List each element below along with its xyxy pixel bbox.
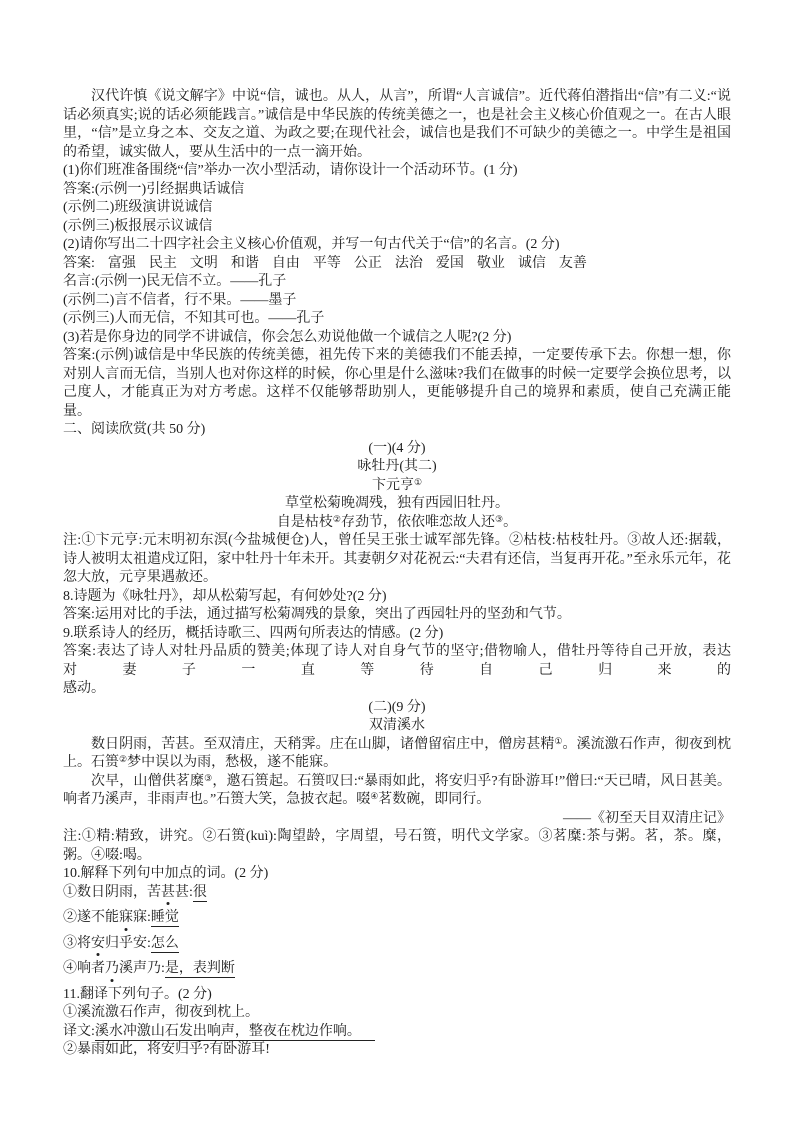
text-segment: ④响者 [63, 961, 105, 976]
emphasized-char: 乃 [105, 960, 119, 979]
question-10-item-1: ①数日阴雨，苦甚甚:很 [63, 884, 731, 903]
text-segment: 茗数碗，即同行。 [378, 792, 490, 807]
core-value: 平等 [313, 256, 341, 271]
question-11-item-1: ①溪流激石作声，彻夜到枕上。 [63, 1004, 731, 1023]
question-10-item-2: ②遂不能寐寐:睡觉 [63, 909, 731, 928]
text-segment: (一)(4 分) [368, 441, 425, 456]
poem-author: 卞元亨① [63, 477, 731, 496]
core-value: 友善 [559, 256, 587, 271]
text-segment: 梦中误以为雨，愁极，遂不能寐。 [127, 755, 337, 770]
answer-8: 答案:运用对比的手法，通过描写松菊凋残的景象，突出了西园牡丹的坚劲和气节。 [63, 606, 731, 625]
core-value: 公正 [354, 256, 382, 271]
answer-label: 答案: [63, 256, 95, 271]
text-segment: 草堂松菊晚凋残，独有西园旧牡丹。 [285, 496, 509, 511]
poem-line-1: 草堂松菊晚凋残，独有西园旧牡丹。 [63, 495, 731, 514]
translation-1: 译文:溪水冲激山石发出响声，整夜在枕边作响。 [63, 1023, 731, 1042]
core-value: 民主 [149, 256, 177, 271]
text-segment: 答案:(示例一)引经据典话诚信 [63, 182, 244, 197]
text-segment: 9.联系诗人的经历，概括诗歌三、四两句所表达的情感。(2 分) [63, 626, 443, 641]
passage-source: ——《初至天目双清庄记》 [63, 810, 731, 829]
passage-paragraph-2: 次早，山僧供茗糜③，邀石篑起。石篑叹曰:“暴雨如此，将安归乎?有卧游耳!”僧曰:… [63, 773, 731, 810]
text-segment: 答案:(示例)诚信是中华民族的传统美德，祖先传下来的美德我们不能丢掉，一定要传承… [63, 348, 731, 419]
text-segment: ③将 [63, 936, 91, 951]
text-segment: 8.诗题为《咏牡丹》，却从松菊写起，有何妙处?(2 分) [63, 589, 387, 604]
passage-paragraph-1: 数日阴雨，苦甚。至双清庄，天稍霁。庄在山脚，诸僧留宿庄中，僧房甚精①。溪流激石作… [63, 736, 731, 773]
answer-1-example-2: (示例二)班级演讲说诚信 [63, 199, 731, 218]
text-segment: 双清溪水 [369, 718, 425, 733]
core-value: 自由 [272, 256, 300, 271]
question-3: (3)若是你身边的同学不讲诚信，你会怎么劝说他做一个诚信之人呢?(2 分) [63, 329, 731, 348]
question-2: (2)请你写出二十四字社会主义核心价值观，并写一句古代关于“信”的名言。(2 分… [63, 236, 731, 255]
poem-notes: 注:①卞元亨:元末明初东溟(今盐城便仓)人，曾任吴王张士诚军部先锋。②枯枝:枯枝… [63, 532, 731, 588]
text-segment: (3)若是你身边的同学不讲诚信，你会怎么劝说他做一个诚信之人呢?(2 分) [63, 330, 511, 345]
text-segment: 感动。 [63, 681, 105, 696]
text-segment: (示例二)班级演讲说诚信 [63, 200, 212, 215]
text-segment: 译文: [63, 1024, 95, 1039]
underlined-answer: 睡觉 [151, 910, 179, 927]
answer-2-quote-2: (示例二)言不信者，行不果。——墨子 [63, 292, 731, 311]
text-segment: 对妻子一直等待自己归来的 [63, 663, 731, 678]
answer-2-quote-1: 名言:(示例一)民无信不立。——孔子 [63, 273, 731, 292]
text-segment: 10.解释下列句中加点的词。(2 分) [63, 866, 268, 881]
answer-1-example-1: 答案:(示例一)引经据典话诚信 [63, 181, 731, 200]
underlined-answer: 很 [193, 885, 207, 902]
core-value: 文明 [190, 256, 218, 271]
text-segment: (示例三)人而无信，不知其可也。——孔子 [63, 311, 324, 326]
part-2-heading: (二)(9 分) [63, 699, 731, 718]
passage-notes: 注:①精:精致，讲究。②石篑(kuì):陶望龄，字周望，号石篑，明代文学家。③茗… [63, 828, 731, 865]
superscript-note-ref: ① [414, 477, 422, 487]
text-segment: 卞元亨 [372, 478, 414, 493]
emphasized-char: 安 [91, 935, 105, 954]
question-8: 8.诗题为《咏牡丹》，却从松菊写起，有何妙处?(2 分) [63, 588, 731, 607]
question-10-item-4: ④响者乃溪声乃:是，表判断 [63, 960, 731, 979]
text-segment: 甚: [175, 885, 193, 900]
answer-9-line-1: 答案:表达了诗人对牡丹品质的赞美;体现了诗人对自身气节的坚守;借物喻人，借牡丹等… [63, 643, 731, 662]
poem-title: 咏牡丹(其二) [63, 458, 731, 477]
text-segment: 。 [503, 515, 517, 530]
text-segment: 注:①卞元亨:元末明初东溟(今盐城便仓)人，曾任吴王张士诚军部先锋。②枯枝:枯枝… [63, 533, 731, 585]
text-segment: 答案:表达了诗人对牡丹品质的赞美;体现了诗人对自身气节的坚守;借物喻人，借牡丹等… [63, 644, 731, 659]
question-9: 9.联系诗人的经历，概括诗歌三、四两句所表达的情感。(2 分) [63, 625, 731, 644]
answer-2-core-values: 答案:富强民主文明和谐自由平等公正法治爱国敬业诚信友善 [63, 255, 731, 274]
text-segment: 二、阅读欣赏(共 50 分) [63, 422, 205, 437]
emphasized-char: 甚 [161, 884, 175, 903]
answer-1-example-3: (示例三)板报展示议诚信 [63, 218, 731, 237]
text-segment: (1)你们班准备围绕“信”举办一次小型活动，请你设计一个活动环节。(1 分) [63, 163, 518, 178]
question-11: 11.翻译下列句子。(2 分) [63, 986, 731, 1005]
text-segment: 数日阴雨，苦甚。至双清庄，天稍霁。庄在山脚，诸僧留宿庄中，僧房甚精 [91, 737, 554, 752]
text-segment: 注:①精:精致，讲究。②石篑(kuì):陶望龄，字周望，号石篑，明代文学家。③茗… [63, 829, 731, 863]
core-value: 诚信 [518, 256, 546, 271]
superscript-note-ref: ① [554, 736, 562, 746]
text-segment: ②暴雨如此，将安归乎?有卧游耳! [63, 1042, 270, 1057]
document-content: 汉代许慎《说文解字》中说“信，诚也。从人，从言”，所谓“人言诚信”。近代蒋伯潜指… [63, 88, 731, 1060]
intro-paragraph: 汉代许慎《说文解字》中说“信，诚也。从人，从言”，所谓“人言诚信”。近代蒋伯潜指… [63, 88, 731, 162]
text-segment: 归乎安: [105, 936, 151, 951]
answer-3-paragraph: 答案:(示例)诚信是中华民族的传统美德，祖先传下来的美德我们不能丢掉，一定要传承… [63, 347, 731, 421]
core-value: 和谐 [231, 256, 259, 271]
answer-2-quote-3: (示例三)人而无信，不知其可也。——孔子 [63, 310, 731, 329]
core-value: 法治 [395, 256, 423, 271]
section-2-heading: 二、阅读欣赏(共 50 分) [63, 421, 731, 440]
underlined-answer: 怎么 [151, 936, 179, 953]
text-segment: ②遂不能 [63, 910, 119, 925]
text-segment: 寐: [133, 910, 151, 925]
superscript-note-ref: ③ [495, 514, 503, 524]
text-segment: 答案:运用对比的手法，通过描写松菊凋残的景象，突出了西园牡丹的坚劲和气节。 [63, 607, 571, 622]
question-10-item-3: ③将安归乎安:怎么 [63, 935, 731, 954]
text-segment: 咏牡丹(其二) [357, 459, 436, 474]
text-segment: (2)请你写出二十四字社会主义核心价值观，并写一句古代关于“信”的名言。(2 分… [63, 237, 560, 252]
question-10: 10.解释下列句中加点的词。(2 分) [63, 865, 731, 884]
core-value: 爱国 [436, 256, 464, 271]
text-segment: (示例三)板报展示议诚信 [63, 219, 212, 234]
text-segment: 名言:(示例一)民无信不立。——孔子 [63, 274, 286, 289]
text-segment: (示例二)言不信者，行不果。——墨子 [63, 293, 296, 308]
text-segment: 汉代许慎《说文解字》中说“信，诚也。从人，从言”，所谓“人言诚信”。近代蒋伯潜指… [63, 89, 731, 160]
answer-9-line-2: 对妻子一直等待自己归来的 [63, 662, 731, 681]
poem-line-2: 自是枯枝②存劲节，依依唯恋故人还③。 [63, 514, 731, 533]
answer-9-line-3: 感动。 [63, 680, 731, 699]
emphasized-char: 寐 [119, 909, 133, 928]
text-segment: 11.翻译下列句子。(2 分) [63, 987, 212, 1002]
superscript-note-ref: ② [119, 754, 127, 764]
text-segment: ——《初至天目双清庄记》 [563, 811, 731, 826]
text-segment: ①溪流激石作声，彻夜到枕上。 [63, 1005, 259, 1020]
text-segment: 自是枯枝 [277, 515, 333, 530]
part-1-heading: (一)(4 分) [63, 440, 731, 459]
question-11-item-2: ②暴雨如此，将安归乎?有卧游耳! [63, 1041, 731, 1060]
underlined-answer: 是，表判断 [165, 961, 235, 978]
core-value: 敬业 [477, 256, 505, 271]
superscript-note-ref: ② [333, 514, 341, 524]
text-segment: 存劲节，依依唯恋故人还 [341, 515, 495, 530]
text-segment: 次早，山僧供茗糜 [91, 774, 204, 789]
underlined-answer: 溪水冲激山石发出响声，整夜在枕边作响。 [95, 1024, 375, 1041]
text-segment: 溪声乃: [119, 961, 165, 976]
passage-title: 双清溪水 [63, 717, 731, 736]
text-segment: ①数日阴雨，苦 [63, 885, 161, 900]
text-segment: (二)(9 分) [368, 700, 425, 715]
question-1: (1)你们班准备围绕“信”举办一次小型活动，请你设计一个活动环节。(1 分) [63, 162, 731, 181]
document-page: 汉代许慎《说文解字》中说“信，诚也。从人，从言”，所谓“人言诚信”。近代蒋伯潜指… [0, 0, 793, 1122]
core-value: 富强 [108, 256, 136, 271]
